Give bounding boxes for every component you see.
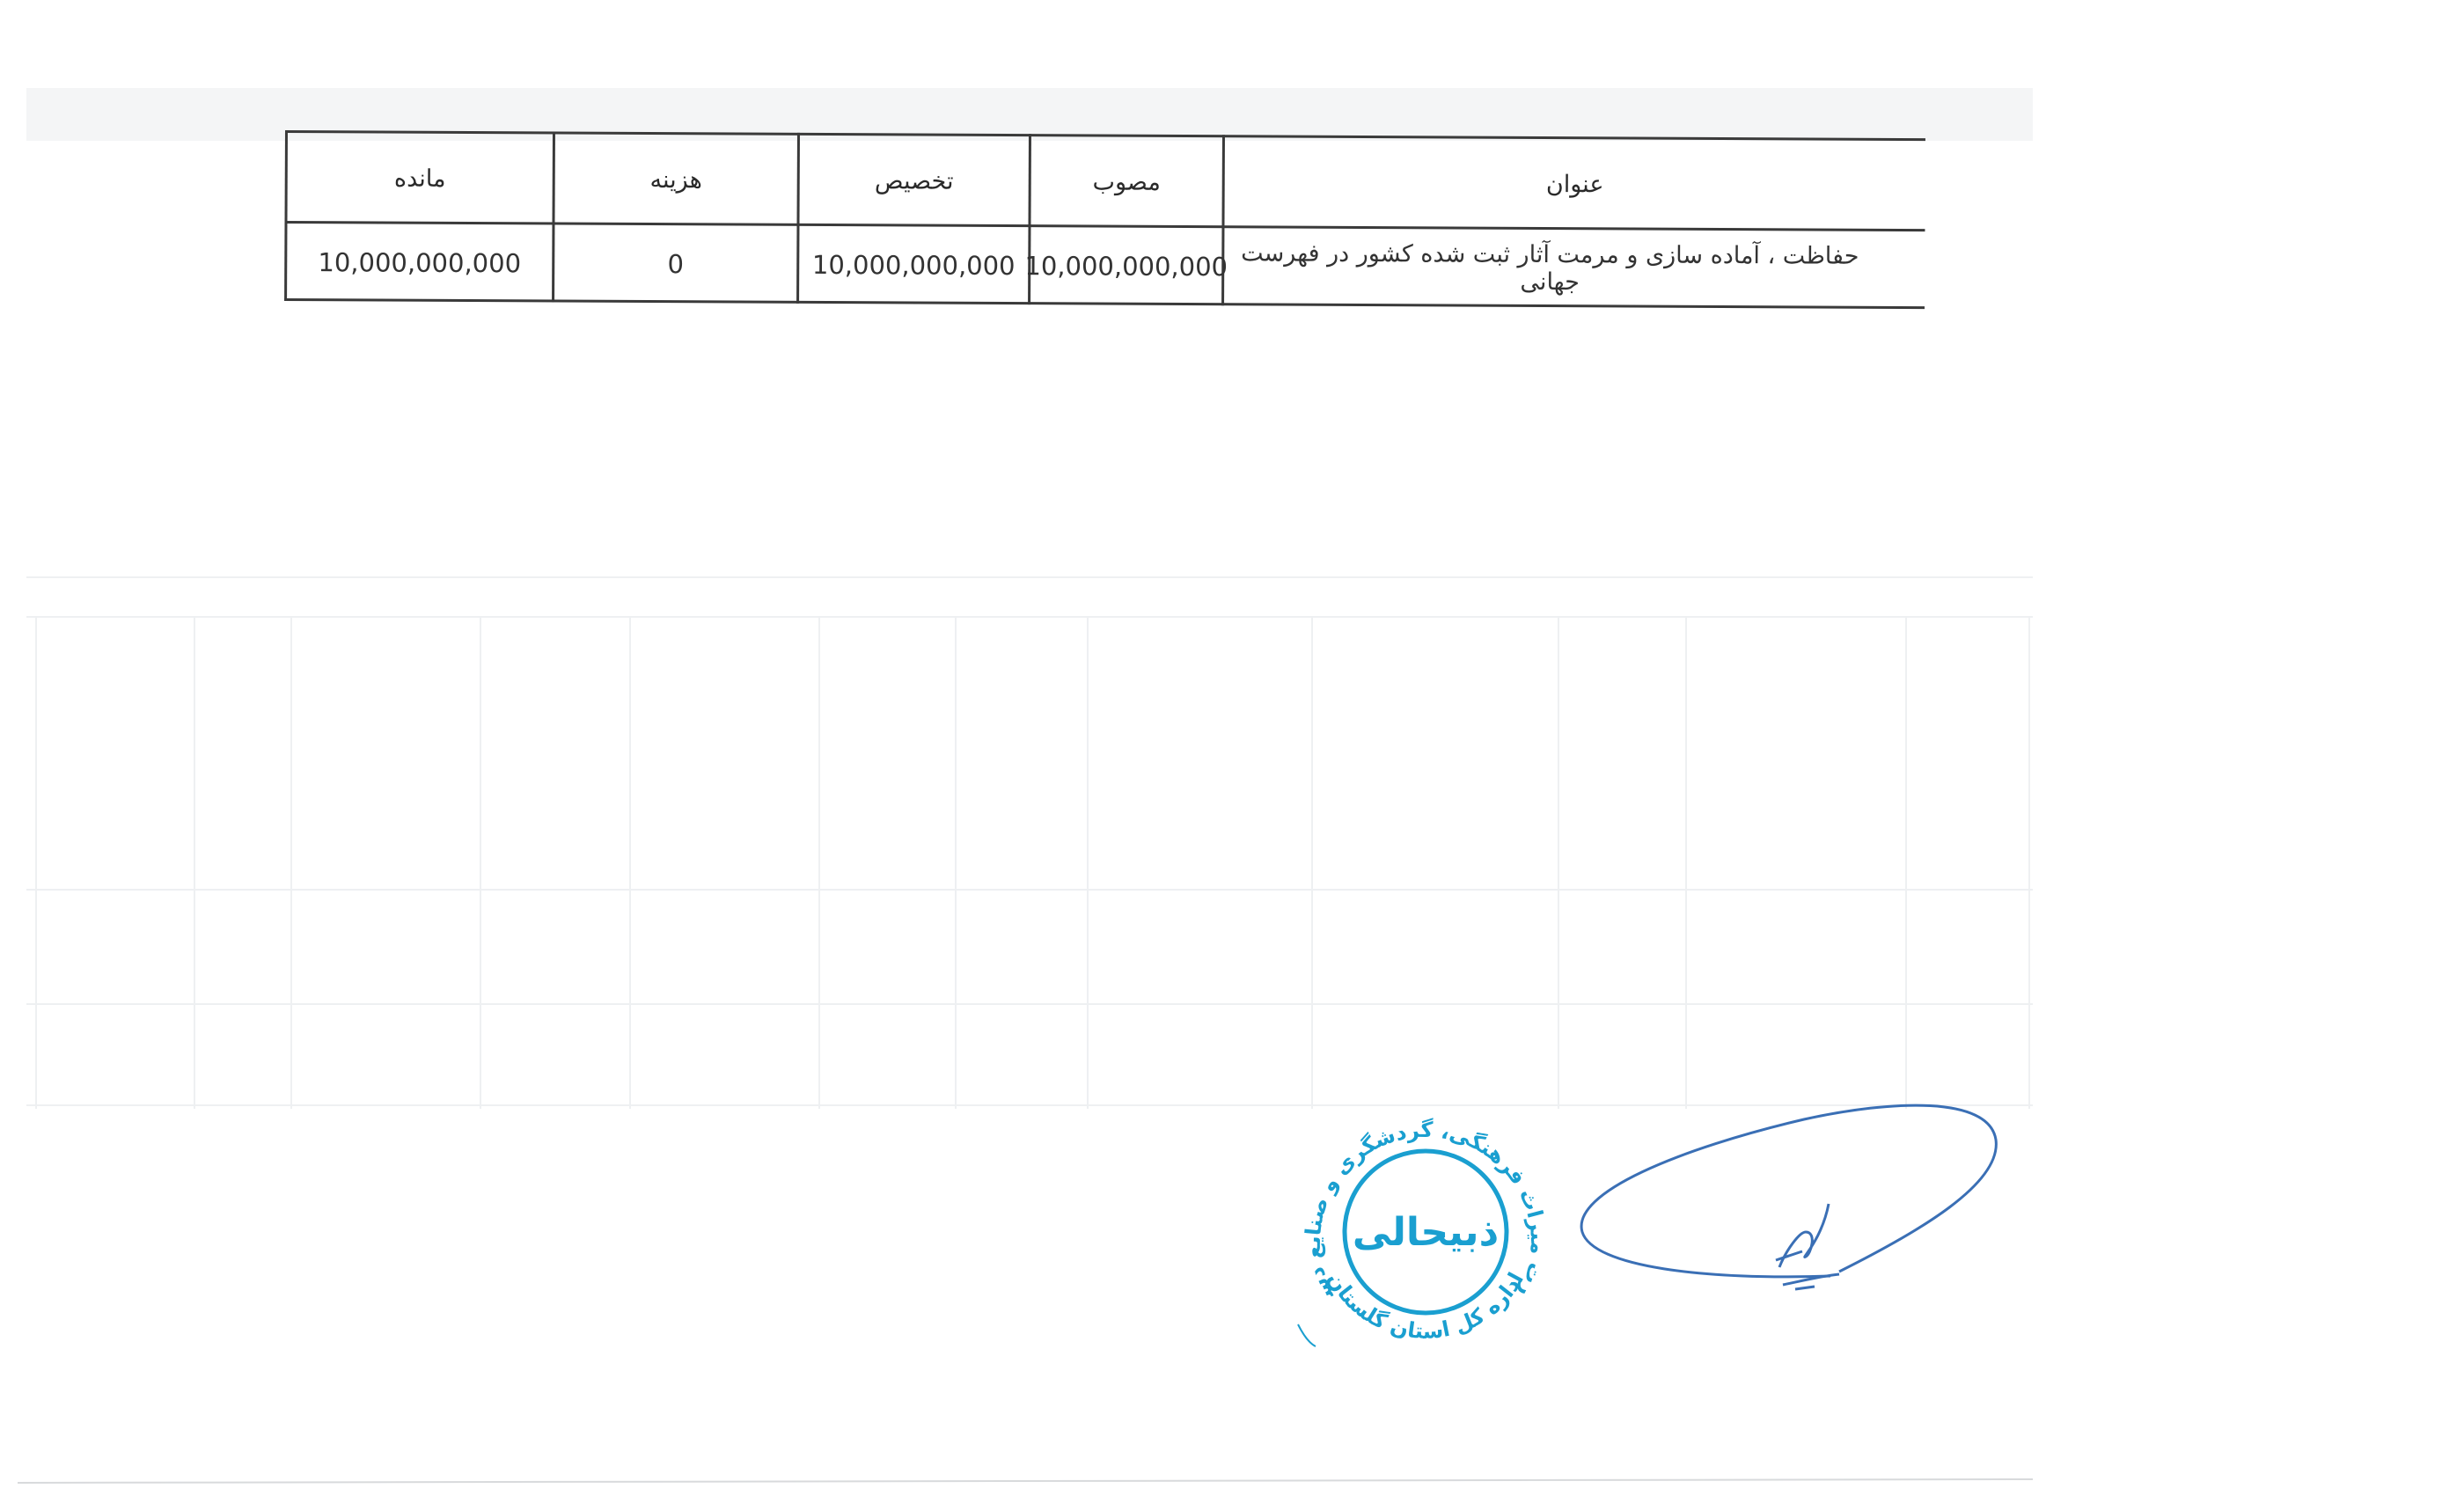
cell-allocation: 10,000,000,000 bbox=[799, 226, 1028, 304]
svg-text:اداره کل استان گلستان: اداره کل استان گلستان bbox=[1323, 1268, 1529, 1345]
header-allocation: تخصیص bbox=[799, 136, 1028, 226]
cell-approved: 10,000,000,000 bbox=[1030, 227, 1221, 305]
header-approved: مصوب bbox=[1030, 136, 1221, 227]
header-expense: هزینه bbox=[554, 135, 796, 225]
page-bottom-edge bbox=[18, 1478, 2033, 1484]
stamp-bottom-text: اداره کل استان گلستان bbox=[1323, 1268, 1529, 1345]
signature bbox=[1575, 1100, 2033, 1311]
official-stamp: وزارت میراث فرهنگی، گردشگری و صنایع دستی… bbox=[1280, 1091, 1571, 1382]
budget-table: مانده هزینه تخصیص مصوب عنوان 10,000,000,… bbox=[284, 130, 1925, 309]
cell-expense: 0 bbox=[554, 224, 796, 303]
header-title: عنوان bbox=[1224, 137, 1925, 231]
header-remaining: مانده bbox=[287, 133, 552, 224]
stamp-center-text: ذبیحالی bbox=[1353, 1210, 1499, 1255]
cell-title: حفاظت ، آماده سازی و مرمت آثار ثبت شده ک… bbox=[1224, 228, 1925, 309]
cell-remaining: 10,000,000,000 bbox=[287, 224, 552, 302]
